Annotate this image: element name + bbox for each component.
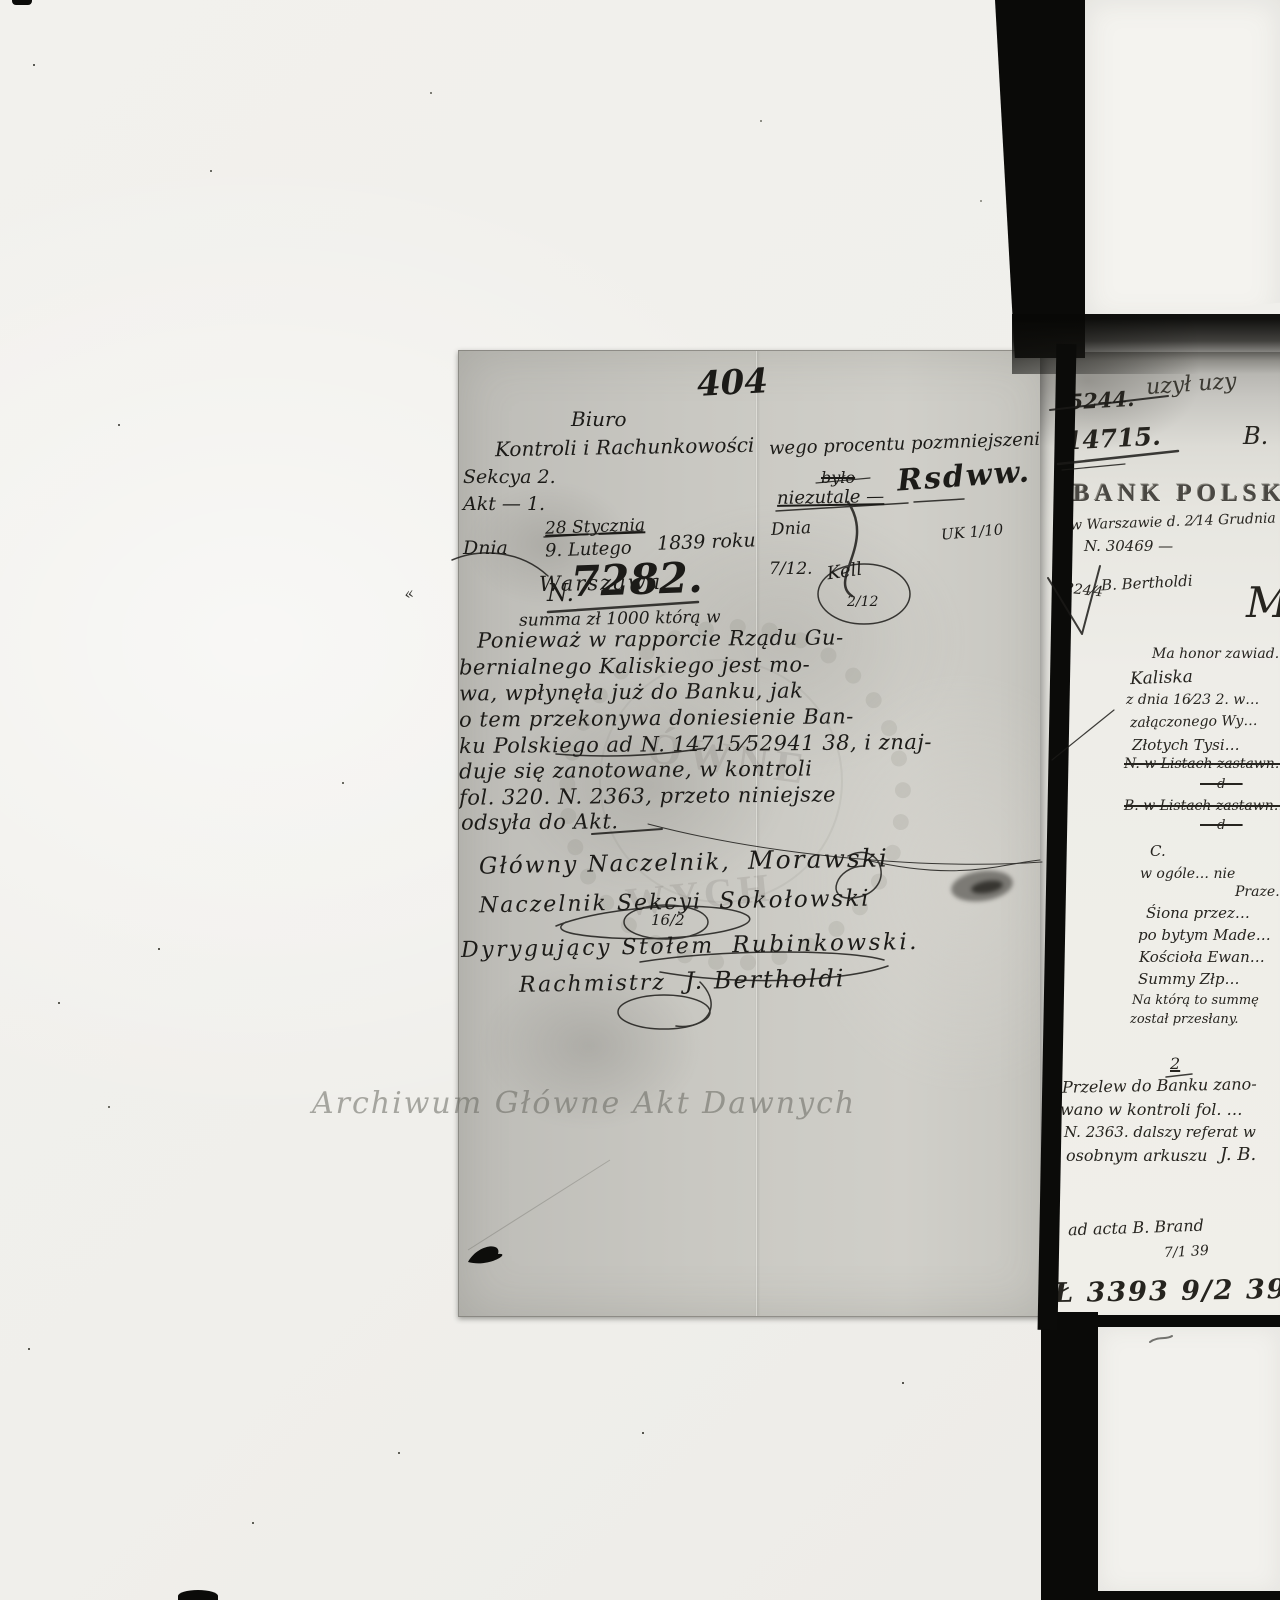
page-number: 404 [696,361,769,405]
right-mid-line: Summy Złp… [1138,970,1240,988]
annotation-line2: było [821,468,855,487]
right-mid-line: Praze… [1235,884,1280,900]
annotation-line3: niezutale — [777,486,885,509]
body-line: Ponieważ w rapporcie Rządu Gu- [477,625,844,652]
body-line: odsyła do Akt. [461,809,619,834]
paraph-small-date: 2/12 [847,594,878,610]
film-gap-top [995,0,1085,358]
signature-name: Sokołowski [719,886,871,915]
signature-note: 16/2 [651,911,685,929]
film-edge-top-left [12,0,32,5]
page-bottom-right [1098,1327,1280,1593]
ad-acta-date: 7/1 39 [1164,1243,1210,1261]
registry-number-label: N. [547,579,574,607]
body-line: bernialnego Kaliskiego jest mo- [459,652,810,679]
date-label: Dnia [463,537,508,559]
right-mid-line: Na którą to summę [1132,993,1259,1008]
final-reference: Ł 3393 9/2 39 [1054,1274,1280,1309]
right-mid-line: w ogóle… nie [1140,866,1235,882]
date-note-value: 7/12. [769,559,813,579]
right-bottom-initials: J. B. [1220,1144,1256,1165]
film-gap-bottom-bar [1041,1315,1280,1327]
right-body-line: Złotych Tysi… [1132,736,1240,754]
body-line: wa, wpłynęła już do Banku, jak [459,678,803,705]
paraph-small: Kell [826,559,864,585]
crossed-line: B. w Listach zastawn… [1124,798,1280,814]
signature-title: Główny Naczelnik, [479,849,731,879]
overlapping-page-top-right [1085,0,1280,322]
signature-row: Rachmistrz J. Bertholdi [519,964,846,998]
document-main-page: ÓWNE WYCH 404 Biuro Kontroli i Rachunkow… [458,350,1052,1317]
ad-acta-line: ad acta B. Brand [1068,1216,1204,1240]
archive-watermark: Archiwum Główne Akt Dawnych [312,1086,856,1121]
place-date-line: w Warszawie d. 2⁄14 Grudnia [1070,510,1276,533]
date-old-style: 28 Stycznia [545,515,646,538]
body-line: duje się zanotowane, w kontroli [459,756,813,783]
reference-number: 14715. [1064,422,1161,456]
right-mid-line: Kościoła Ewan… [1139,948,1265,966]
right-body-line: załączonego Wy… [1130,713,1258,731]
margin-mark: « [402,583,416,604]
flourish-initial: M [1246,578,1280,627]
scanned-archive-photo: « ÓWNE WYCH 404 Biuro Kontroli i Rachunk… [0,0,1280,1600]
body-line: ku Polskiego ad N. 14715⁄52941 38, i zna… [459,730,932,758]
right-bottom-line: wano w kontroli fol. … [1060,1100,1243,1119]
signature-title: Rachmistrz [519,970,666,998]
burned-edge-band [1012,314,1280,374]
registration-signature: B. Bertholdi [1101,572,1193,595]
corner-initial: B. [1243,422,1268,450]
right-bottom-line: Przelew do Banku zano- [1062,1074,1257,1096]
paraph-sub: UK 1/10 [940,520,1004,543]
film-gap-bottom-column [1041,1312,1098,1600]
item2-label: 2 [1170,1054,1180,1073]
right-body-line: z dnia 16⁄23 2. w… [1126,692,1259,708]
signature-name: Rubinkowski. [732,929,919,958]
right-mid-line: po bytym Made… [1138,926,1271,944]
akt-line: Akt — 1. [463,493,545,515]
fold-crease [756,351,757,1316]
dust-speckles [0,0,2,2]
bank-letterhead: BANK POLSKI [1073,480,1280,508]
section-line: Sekcya 2. [463,466,556,488]
annotation-line1: wego procentu pozmniejszeniem [769,428,1052,459]
crossed-line: N. w Listach zastawn… [1124,756,1280,772]
right-mid-line: Śiona przez… [1146,904,1250,922]
registry-number-value: 7282. [570,553,703,607]
office-line2: Kontroli i Rachunkowości [495,433,755,462]
office-line1: Biuro [571,407,627,431]
body-line: fol. 320. N. 2363, przeto niniejsze [459,782,836,809]
film-blob-bottom [178,1590,218,1600]
signature-name: J. Bertholdi [685,964,846,995]
right-mid-line: został przesłany. [1130,1012,1239,1027]
signature-title: Dyrygujący Stołem [461,934,715,963]
signature-name: Morawski [748,843,889,874]
section-c-label: C. [1150,842,1166,860]
crossed-line: — d — [1200,818,1243,833]
right-body-line: Kaliska [1130,667,1194,689]
body-line: o tem przekonywa doniesienie Ban- [459,704,854,731]
right-bottom-line: N. 2363. dalszy referat w [1064,1123,1256,1141]
document-right-page: uzył uzy 15244. 14715. B. BANK POLSKI w … [1040,352,1280,1320]
date-note-label: Dnia [771,518,812,540]
paraph-main: Rsdww. [896,454,1032,498]
signature-row: Dyrygujący Stołem Rubinkowski. [461,929,919,963]
right-bottom-line: osobnym arkuszu [1066,1146,1207,1165]
right-body-line: Ma honor zawiad… [1152,646,1280,662]
crossed-line: — d — [1200,777,1243,792]
number-line: N. 30469 — [1084,537,1173,555]
film-edge-bottom-sliver [1098,1591,1280,1600]
date-year: 1839 roku [657,529,756,554]
